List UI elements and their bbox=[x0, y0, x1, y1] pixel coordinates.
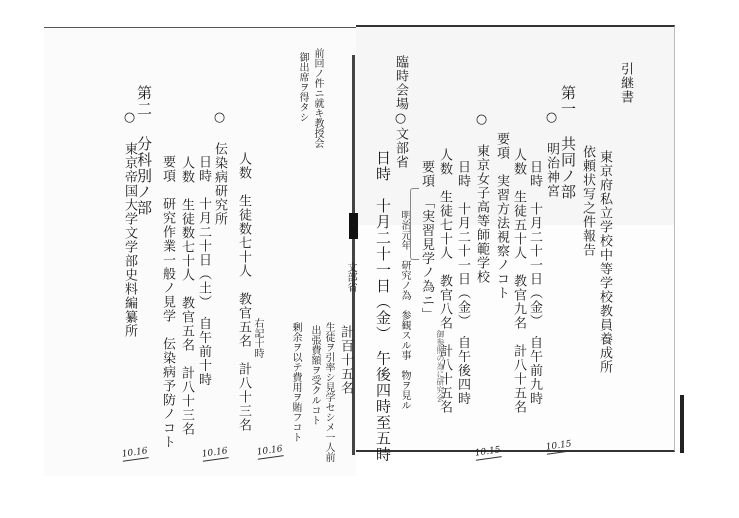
left-column-2: 右記十時 bbox=[252, 318, 263, 358]
left-column-5: 人数 生徒数七十人 教官五名 計八十三名 bbox=[179, 156, 193, 436]
right-column-11: 要項 「実習見学ノ為ニ」 bbox=[419, 160, 433, 322]
date-stamp: 10.15 bbox=[474, 445, 501, 460]
right-column-13: 臨時会場○文部省 bbox=[393, 55, 407, 169]
right-column-14: 日時 十月二十一日（金） 午後四時至五時 bbox=[375, 150, 391, 463]
bracket-note: 御参照の為に研究会 bbox=[436, 330, 445, 402]
spine-label: 文部省 bbox=[345, 262, 356, 292]
section-heading-subject: 第二 分科別ノ部 bbox=[136, 85, 152, 216]
spine-note-1: 計百十五名 bbox=[338, 325, 352, 395]
right-page-header: 引継書 bbox=[618, 62, 632, 104]
binding-spine bbox=[352, 55, 355, 455]
right-column-4: ○ 明治神宮 bbox=[544, 110, 558, 198]
section-heading-common: 第一 共同ノ部 bbox=[560, 85, 576, 200]
right-column-12: 明治元年 研究ノ為 参観スル事 物ヲ見ル bbox=[399, 210, 410, 410]
left-column-3: ○ 伝染病研究所 bbox=[212, 110, 226, 226]
left-column-8: ○ 東京帝国大学文学部史料編纂所 bbox=[122, 110, 136, 338]
spine-note-3: 出張費額ヲ受クルコト bbox=[309, 325, 320, 425]
edge-ink-mark bbox=[680, 395, 684, 453]
left-header-note-2: 御出席ヲ得タシ bbox=[297, 52, 308, 122]
left-header-note-1: 前回ノ件ニ就キ教授会 bbox=[312, 48, 323, 148]
right-column-6: 人数 生徒五十人 教官九名 計八十五名 bbox=[511, 148, 525, 414]
left-column-6: 要項 研究作業一般ノ見学 伝染病予防ノコト bbox=[160, 155, 174, 449]
right-column-5: 日時 十月二十一日（金） 自午前九時 bbox=[527, 160, 541, 406]
spine-note-4: 剰余ヲ以テ費用ヲ賄フコト bbox=[290, 322, 301, 442]
left-column-1: 人数 生徒数七十人 教官五名 計八十三名 bbox=[236, 152, 250, 432]
right-column-7: 要項 実習方法視察ノコト bbox=[494, 132, 508, 300]
left-column-4: 日時 十月二十日（土） 自午前十時 bbox=[196, 155, 210, 387]
date-stamp: 10.15 bbox=[545, 439, 572, 454]
right-column-9: 日時 十月二十一日（金） 自午後四時 bbox=[455, 160, 469, 406]
right-column-8: ○ 東京女子高等師範学校 bbox=[474, 112, 488, 284]
spine-ink-mark bbox=[349, 213, 358, 239]
spine-note-2: 生徒ヲ引率シ見学セシメ一人前 bbox=[323, 322, 334, 462]
note-bracket bbox=[410, 188, 419, 260]
right-column-2: 依頼状写之件報告 bbox=[580, 145, 594, 257]
right-column-1: 東京府私立学校中等学校教員養成所 bbox=[597, 150, 611, 374]
